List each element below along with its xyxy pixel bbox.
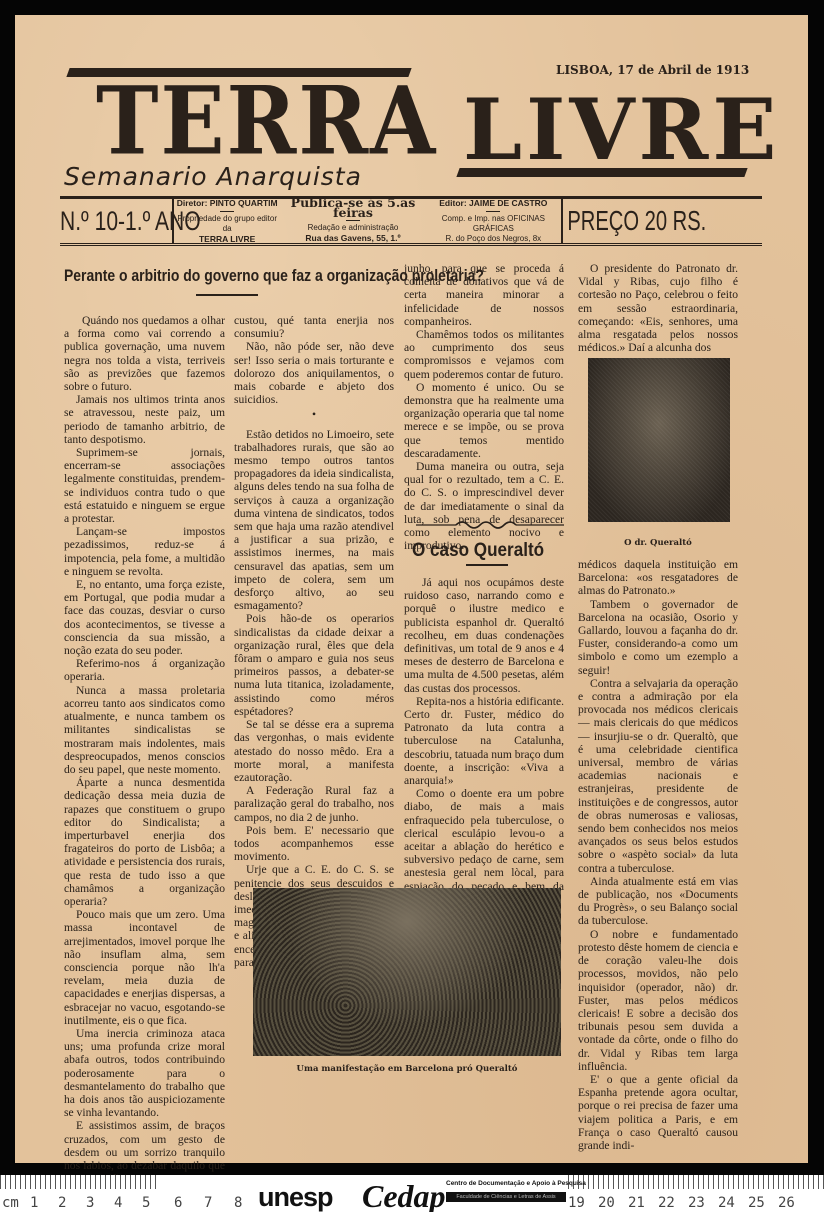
paragraph: Nunca a massa proletaria acorreu tanto a… [64,684,225,776]
article-headline: Perante o arbitrio do governo que faz a … [64,266,340,286]
paragraph: Contra a selvajaria da operação e contra… [578,677,738,875]
ornament-divider-icon [416,518,564,532]
ruler-ticks-left [0,1175,160,1189]
paragraph: Estão detidos no Limoeiro, sete trabalha… [234,428,394,613]
ruler-label: 23 [688,1195,705,1211]
paragraph: Pois bem. E' necessario que todos acompa… [234,824,394,864]
office-label: Redação e administração [280,223,425,233]
ruler-label: 8 [234,1195,242,1211]
masthead: TERRA LIVRE Semanario Anarquista [68,68,748,188]
editor-label: Editor: JAIME DE CASTRO [439,198,547,208]
divider [346,220,360,221]
print-line2: R. do Poço dos Negros, 8x [426,234,562,244]
ruler-label: 21 [628,1195,645,1211]
article2-column4-top: O presidente do Patronato dr. Vidal y Ri… [578,262,738,354]
ruler-label: 1 [30,1195,38,1211]
paragraph: Uma inercia criminoza ataca uns; uma pro… [64,1027,225,1119]
paragraph: Se tal se désse era a suprema das vergon… [234,718,394,784]
paragraph: E, no entanto, uma força eziste, em Port… [64,578,225,657]
paragraph: O nobre e fundamentado protesto dêste ho… [578,928,738,1073]
ruler-label: 7 [204,1195,212,1211]
crowd-photo [253,888,561,1056]
masthead-subtitle: Semanario Anarquista [64,162,362,191]
unesp-logo: unesp [258,1182,333,1212]
article2-column4: médicos daquela instituição em Barcelona… [578,558,738,1152]
article1-column2: custou, qué tanta enerjia nos consumiu? … [234,314,394,969]
paragraph: Não, não póde ser, não deve ser! Isso se… [234,340,394,406]
paragraph: médicos daquela instituição em Barcelona… [578,558,738,598]
paragraph: Pois hão-de os operarios sindicalistas d… [234,612,394,718]
paragraph: Jamais nos ultimos trinta anos se atrave… [64,393,225,446]
paragraph: Áparte a nunca desmentida dedicação dess… [64,776,225,908]
masthead-title-terra: TERRA [96,74,437,168]
office-address: Rua das Gavens, 55, 1.º [305,233,400,243]
publication-schedule: Publica-se ás 5.as feiras [280,198,425,218]
ruler-ticks-right [568,1175,824,1189]
ruler-label: 24 [718,1195,735,1211]
paragraph: A Federação Rural faz a paralização gera… [234,784,394,824]
dateline: LISBOA, 17 de Abril de 1913 [556,63,749,77]
article2-column3: Já aqui nos ocupámos deste ruidoso caso,… [404,576,564,906]
article1-column3: junho, para que se proceda á colheita de… [404,262,564,552]
editor-block: Editor: JAIME DE CASTRO Comp. e Imp. nas… [426,198,562,244]
cedap-logo: Cedap [362,1178,446,1212]
section-separator: • [234,408,394,421]
ruler-label: 26 [778,1195,795,1211]
cedap-subtitle: Faculdade de Ciências e Letras de Assis [446,1192,566,1202]
paragraph: E' o que a gente oficial da Espanha pret… [578,1073,738,1152]
ruler-label: 2 [58,1195,66,1211]
article2-headline: O caso Queraltó [412,540,544,562]
ruler-label: 6 [174,1195,182,1211]
ruler-label: 25 [748,1195,765,1211]
ruler-label: 3 [86,1195,94,1211]
paragraph: Ainda atualmente está em vias de publica… [578,875,738,928]
paragraph: Já aqui nos ocupámos deste ruidoso caso,… [404,576,564,695]
price: PREÇO 20 RS. [563,205,706,237]
paragraph: Suprimem-se jornais, encerram-se associa… [64,446,225,525]
crowd-caption: Uma manifestação em Barcelona pró Queral… [253,1064,561,1074]
paragraph: Tambem o governador de Barcelona na ocas… [578,598,738,677]
paragraph: O momento é unico. Ou se demonstra que h… [404,381,564,460]
paragraph: Quándo nos quedamos a olhar a forma como… [64,314,225,393]
ruler-unit: cm [2,1195,19,1211]
cedap-title: Centro de Documentação e Apoio à Pesquis… [446,1180,586,1187]
info-bar: N.º 10-1.º ANO Diretor: PINTO QUARTIM Pr… [60,196,762,246]
ruler-label: 22 [658,1195,675,1211]
paragraph: Chamêmos todos os militantes ao cumprime… [404,328,564,381]
masthead-rule-right [456,168,747,177]
paragraph: Repita-nos a história edificante. Certo … [404,695,564,787]
paragraph: O presidente do Patronato dr. Vidal y Ri… [578,262,738,354]
issue-number: N.º 10-1.º ANO [60,206,147,237]
headline-rule [466,564,508,566]
portrait-photo [588,358,730,522]
paragraph: Duma maneira ou outra, seja qual for o r… [404,460,564,552]
paragraph: Lançam-se impostos pezadissimos, reduz-s… [64,525,225,578]
paragraph: Referimo-nos á organização operaria. [64,657,225,683]
ruler-label: 19 [568,1195,585,1211]
masthead-title-livre: LIVRE [463,88,780,172]
ruler-label: 20 [598,1195,615,1211]
property-line2: TERRA LIVRE [199,234,255,244]
ruler-label: 5 [142,1195,150,1211]
divider [220,211,234,212]
paragraph: junho, para que se proceda á colheita de… [404,262,564,328]
portrait-caption: O dr. Queraltó [578,538,738,548]
paragraph: Pouco mais que um zero. Uma massa incont… [64,908,225,1027]
publication-block: Publica-se ás 5.as feiras Redação e admi… [280,198,425,244]
headline-rule [196,294,258,296]
paragraph: custou, qué tanta enerjia nos consumiu? [234,314,394,340]
divider [486,211,500,212]
print-line1: Comp. e Imp. nas OFICINAS GRÁFICAS [426,214,562,234]
article1-column1: Quándo nos quedamos a olhar a forma como… [64,314,225,1185]
ruler-label: 4 [114,1195,122,1211]
